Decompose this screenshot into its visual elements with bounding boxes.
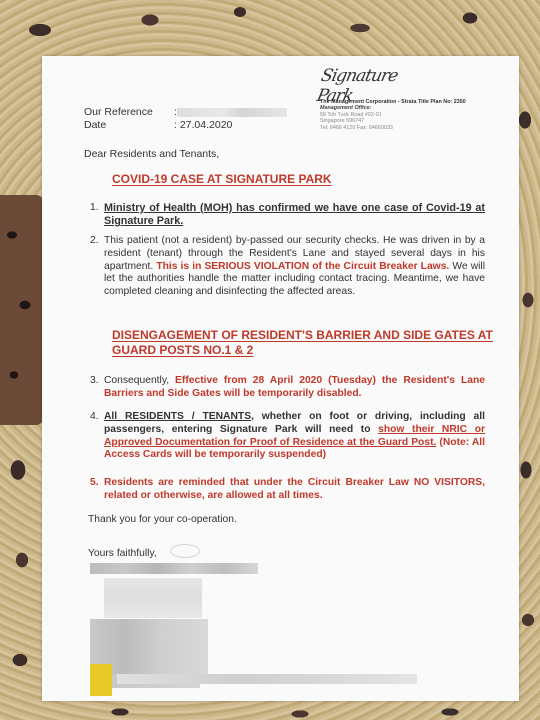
list-item: 3. Consequently, Effective from 28 April… <box>90 375 485 401</box>
redacted-name <box>90 563 258 574</box>
item-text-warning: This is in SERIOUS VIOLATION of the Circ… <box>156 261 449 272</box>
salutation: Dear Residents and Tenants, <box>84 148 219 160</box>
item-text-plain: Consequently, <box>104 375 175 386</box>
thanks-line: Thank you for your co-operation. <box>88 514 237 525</box>
date-label: Date <box>84 119 174 132</box>
signature-park-logo: Signature Park <box>317 66 414 98</box>
heading-covid-case: COVID-19 CASE AT SIGNATURE PARK <box>112 172 332 186</box>
item-text: All RESIDENTS / TENANTS, whether on foot… <box>104 411 485 462</box>
brown-stone-block <box>0 195 44 425</box>
letterhead: The Management Corporation - Strata Titl… <box>320 99 466 131</box>
contact-line: Tel: 6466 4120 Fax: 64660033 <box>320 125 466 131</box>
item-text-warning: Residents are reminded that under the Ci… <box>104 477 485 503</box>
item-text: This patient (not a resident) by-passed … <box>104 235 485 299</box>
item-number: 1. <box>90 202 104 228</box>
redacted-signature <box>104 578 202 618</box>
list-item: 1. Ministry of Health (MOH) has confirme… <box>90 202 485 228</box>
closing-line: Yours faithfully, <box>88 548 157 559</box>
item-number: 3. <box>90 375 104 401</box>
item-number: 4. <box>90 411 104 462</box>
reference-label: Our Reference <box>84 106 174 119</box>
date-value: : 27.04.2020 <box>174 119 232 132</box>
item-number: 2. <box>90 235 104 299</box>
heading-disengagement: DISENGAGEMENT OF RESIDENT'S BARRIER AND … <box>112 328 502 358</box>
redacted-footer <box>117 674 417 684</box>
item-text: Ministry of Health (MOH) has confirmed w… <box>104 202 485 228</box>
item-number: 5. <box>90 477 104 503</box>
item-text: Consequently, Effective from 28 April 20… <box>104 375 485 401</box>
reference-block: Our Reference : Date : 27.04.2020 <box>84 106 287 132</box>
redacted-yellow-logo <box>90 664 112 696</box>
reference-value-redacted <box>177 108 287 117</box>
list-item: 2. This patient (not a resident) by-pass… <box>90 235 485 299</box>
list-item: 5. Residents are reminded that under the… <box>90 477 485 503</box>
item-text-underlined: All RESIDENTS / TENANTS, <box>104 411 254 422</box>
notice-letter: Signature Park The Management Corporatio… <box>42 56 519 701</box>
signature-mark <box>170 544 200 558</box>
list-item: 4. All RESIDENTS / TENANTS, whether on f… <box>90 411 485 462</box>
